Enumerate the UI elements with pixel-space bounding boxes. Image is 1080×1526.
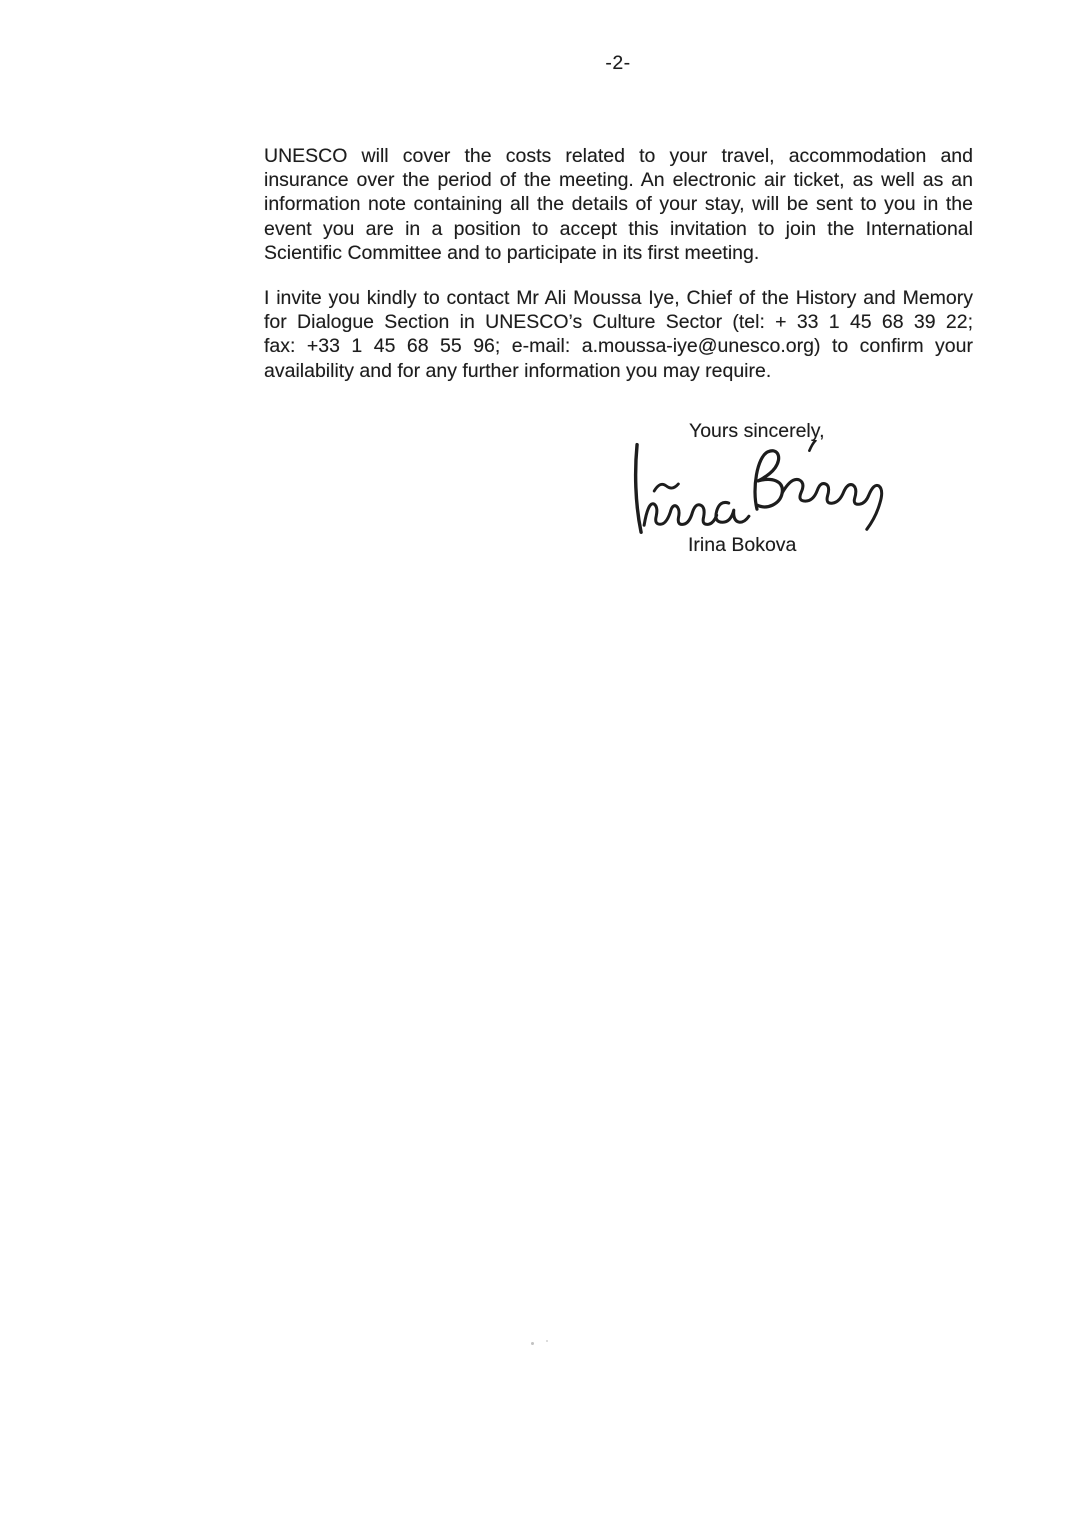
text-line: for Dialogue Section in UNESCO’s Culture… bbox=[264, 310, 973, 334]
scan-artifact-speck bbox=[531, 1342, 534, 1345]
handwritten-signature bbox=[629, 440, 893, 540]
text-line: insurance over the period of the meeting… bbox=[264, 168, 973, 192]
page-number: -2- bbox=[264, 52, 972, 75]
text-line: fax: +33 1 45 68 55 96; e-mail: a.moussa… bbox=[264, 334, 973, 358]
scan-artifact-speck bbox=[546, 1340, 548, 1342]
signature-ink-drawing bbox=[629, 440, 893, 540]
signer-printed-name: Irina Bokova bbox=[688, 534, 796, 557]
text-line: I invite you kindly to contact Mr Ali Mo… bbox=[264, 286, 973, 310]
text-line: availability and for any further informa… bbox=[264, 359, 973, 383]
paragraph-costs-coverage: UNESCO will cover the costs related to y… bbox=[264, 144, 973, 265]
text-line: information note containing all the deta… bbox=[264, 192, 973, 216]
letter-page: -2- UNESCO will cover the costs related … bbox=[0, 0, 1080, 1526]
text-line: UNESCO will cover the costs related to y… bbox=[264, 144, 973, 168]
text-line: Scientific Committee and to participate … bbox=[264, 241, 973, 265]
text-line: event you are in a position to accept th… bbox=[264, 217, 973, 241]
paragraph-contact-details: I invite you kindly to contact Mr Ali Mo… bbox=[264, 286, 973, 383]
